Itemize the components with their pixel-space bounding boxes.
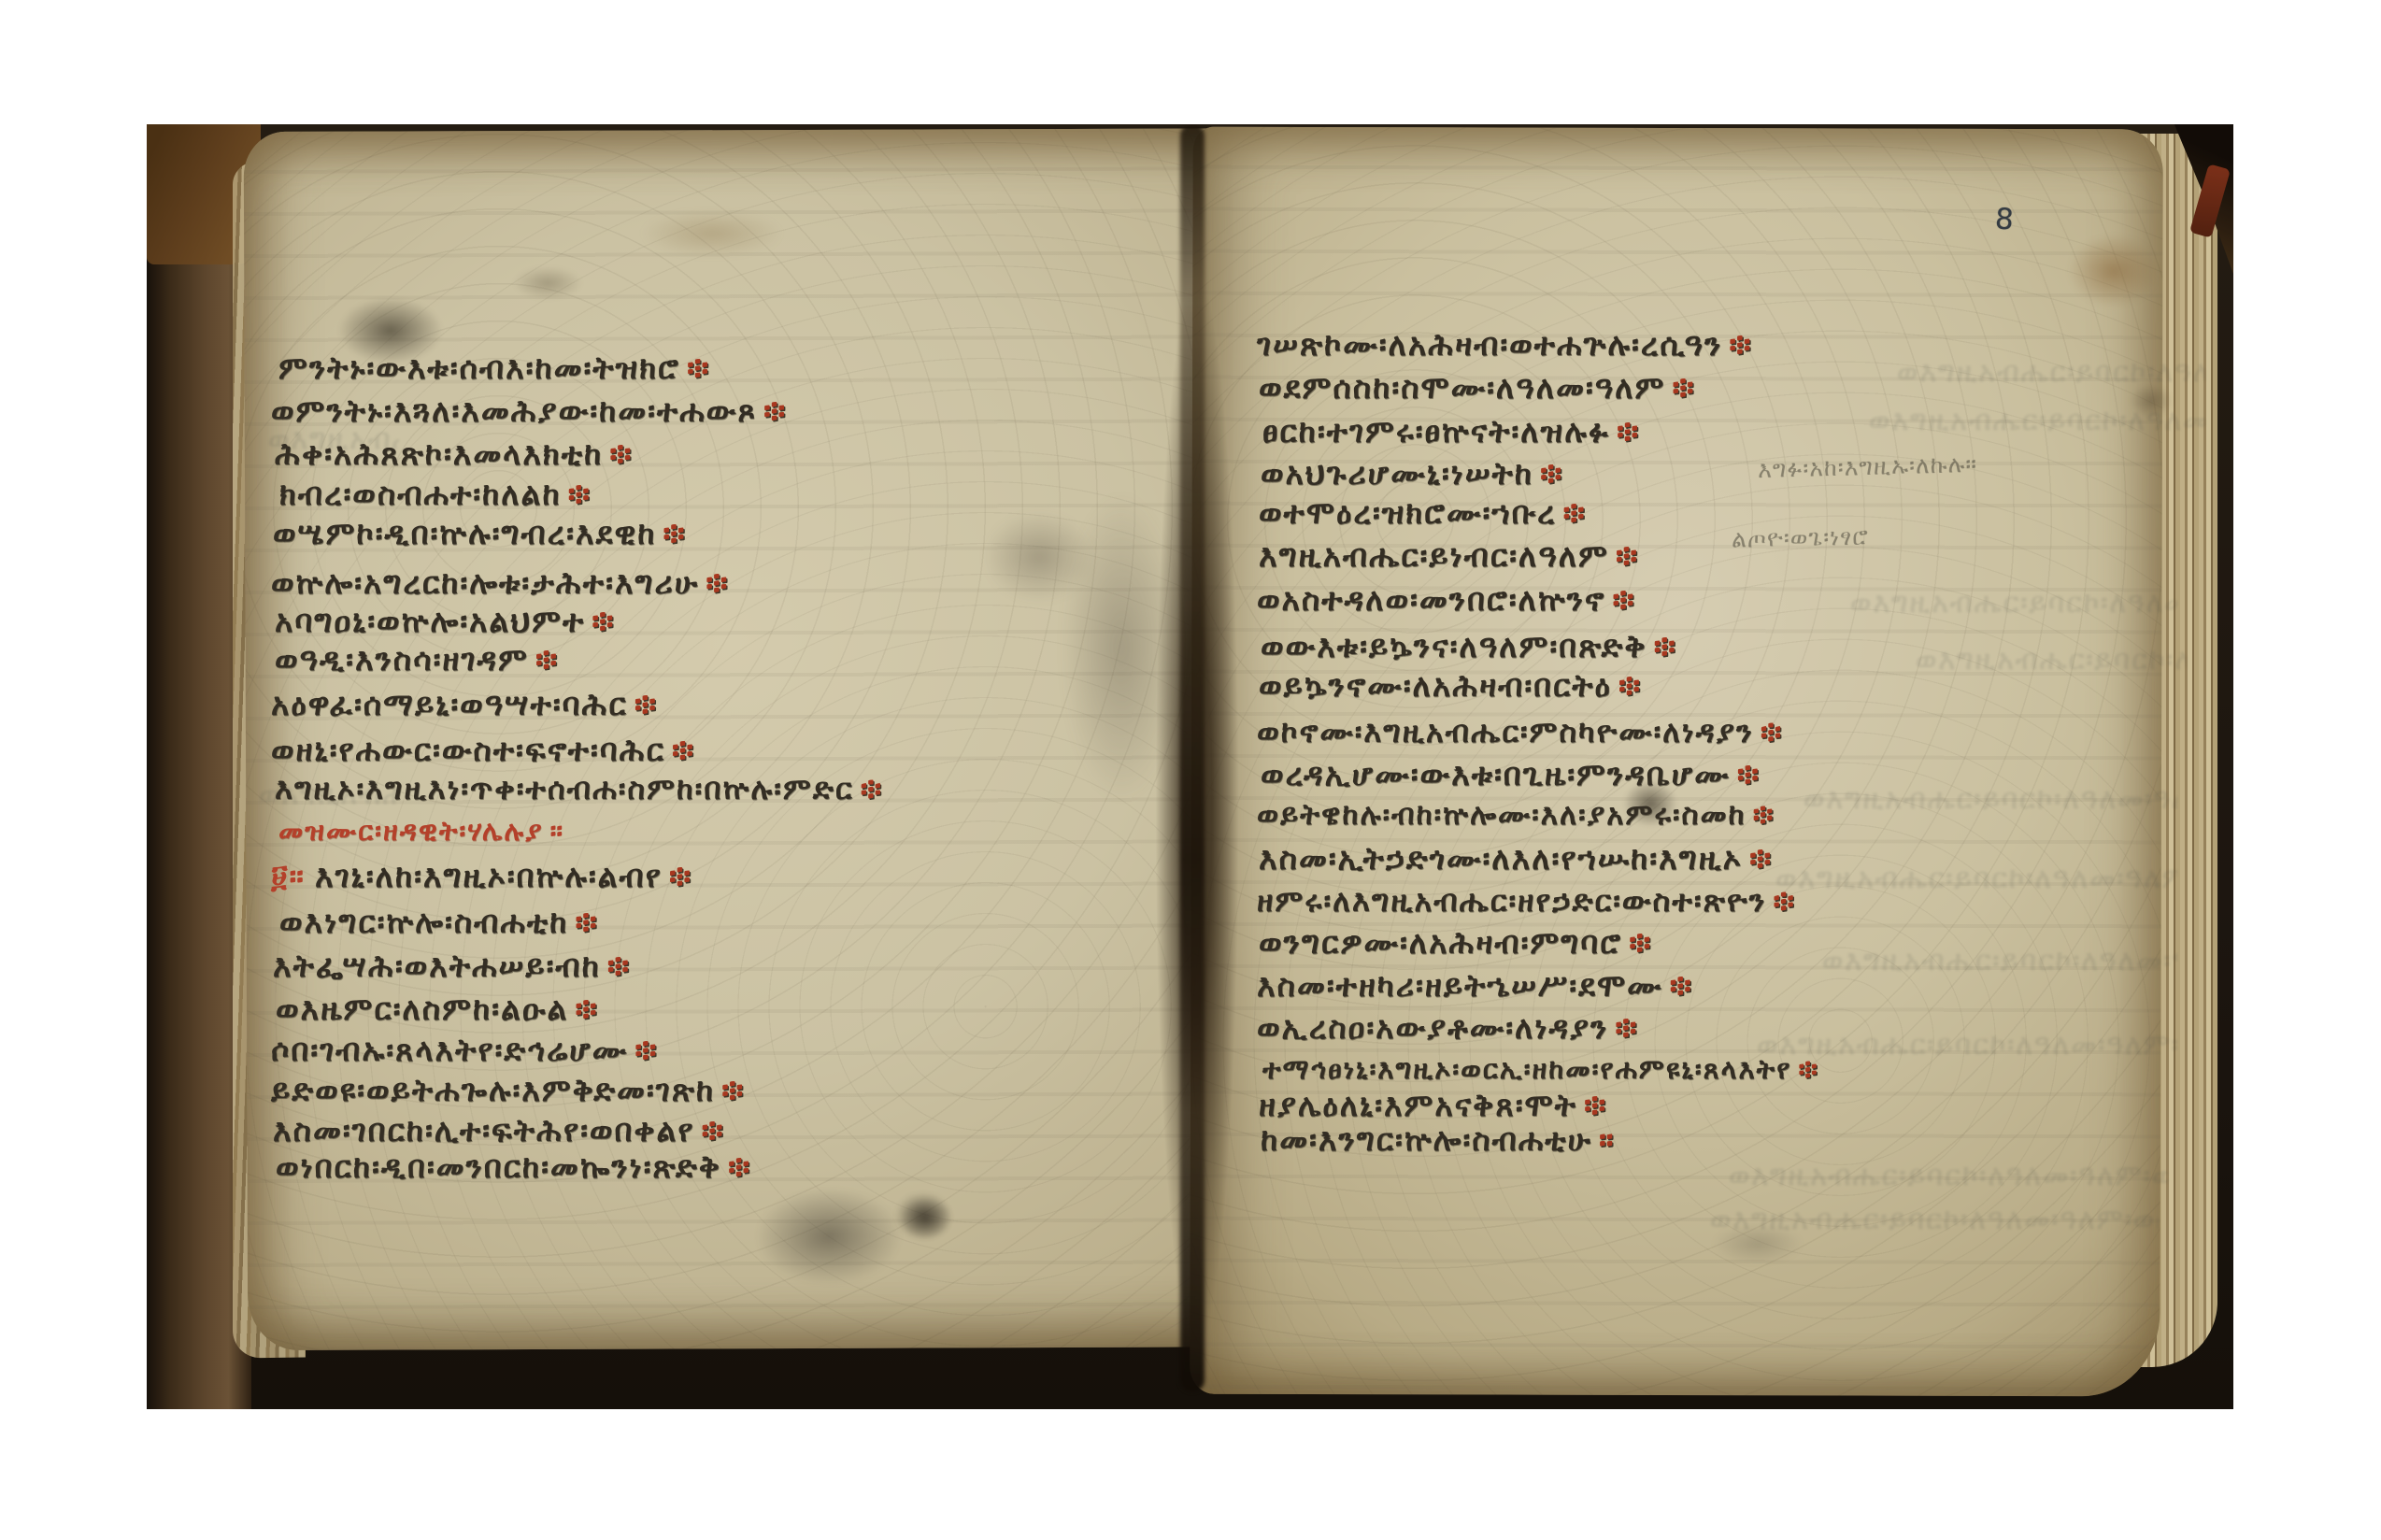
paragraph-mark: ፨ — [1665, 369, 1695, 406]
text-line: ፀርከ፡ተገምሩ፡ፀኵናት፡ለዝሉፉ፨ — [1262, 413, 1640, 450]
line-text: እስመ፡ኢትኃድጎሙ፡ለእለ፡የኀሡከ፡እግዚኦ — [1259, 840, 1743, 877]
folio-number: 8 — [1994, 202, 2015, 236]
text-line: ወኢረስዐ፡አውያቶሙ፡ለነዳያን፨ — [1257, 1009, 1638, 1047]
line-text: ወንግርዎሙ፡ለአሕዛብ፡ምግባሮ — [1259, 924, 1622, 961]
text-line: እግዚአብሔር፡ይነብር፡ለዓለም፨ — [1259, 537, 1639, 575]
scan-background: { "manuscript": { "folio_number": "8", "… — [0, 0, 2381, 1540]
faded-marginalia: እግፉ፡አከ፡እግዚኡ፡ለኩሉ። — [1758, 450, 1978, 484]
line-text: ዘያሌዕለኒ፡እምአናቅጸ፡ሞት — [1259, 1087, 1577, 1123]
paragraph-mark: ፨ — [1747, 798, 1775, 832]
line-text: ወይኴንኖሙ፡ለአሕዛብ፡በርትዕ — [1259, 667, 1612, 704]
paragraph-mark: ፨ — [1609, 537, 1639, 574]
line-text: እስመ፡ተዘካሪ፡ዘይትኄሠሥ፡ደሞሙ — [1257, 967, 1663, 1004]
line-text: ወውእቱ፡ይኴንና፡ለዓለም፡በጽድቅ — [1261, 628, 1647, 664]
line-text: ገሠጽኮሙ፡ለአሕዛብ፡ወተሐጕሉ፡ረሲዓን — [1257, 326, 1722, 363]
paragraph-mark: ። — [1592, 1121, 1615, 1158]
paragraph-mark: ፨ — [1622, 924, 1652, 961]
text-line: ዘምሩ፡ለእግዚአብሔር፡ዘየኃድር፡ውስተ፡ጽዮን፨ — [1257, 883, 1796, 920]
text-line: ወደምሰስከ፡ስሞሙ፡ለዓለመ፡ዓለም፨ — [1259, 369, 1696, 406]
paragraph-mark: ፨ — [1647, 628, 1677, 664]
text-line: ወውእቱ፡ይኴንና፡ለዓለም፡በጽድቅ፨ — [1261, 628, 1677, 665]
paragraph-mark: ፨ — [1608, 1009, 1638, 1046]
line-text: ወረዳኢሆሙ፡ውእቱ፡በጊዜ፡ምንዳቤሆሙ — [1261, 756, 1731, 792]
paragraph-mark: ፨ — [1663, 967, 1693, 1004]
line-text: ፀርከ፡ተገምሩ፡ፀኵናት፡ለዝሉፉ — [1262, 413, 1610, 449]
right-text: ገሠጽኮሙ፡ለአሕዛብ፡ወተሐጕሉ፡ረሲዓን፨ወደምሰስከ፡ስሞሙ፡ለዓለመ፡ዓ… — [147, 124, 2233, 1409]
text-line: ወአስተዳለወ፡መንበሮ፡ለኵንኖ፨ — [1257, 581, 1636, 619]
line-text: ወደምሰስከ፡ስሞሙ፡ለዓለመ፡ዓለም — [1259, 369, 1665, 406]
paragraph-mark: ፨ — [1612, 667, 1642, 704]
paragraph-mark: ፨ — [1791, 1053, 1818, 1085]
paragraph-mark: ፨ — [1533, 455, 1563, 492]
text-line: እስመ፡ኢትኃድጎሙ፡ለእለ፡የኀሡከ፡እግዚኦ፨ — [1259, 840, 1773, 877]
paragraph-mark: ፨ — [1731, 756, 1761, 792]
line-text: ወተሞዕረ፡ዝክሮሙ፡ኀቡረ — [1259, 494, 1557, 531]
text-line: ወንግርዎሙ፡ለአሕዛብ፡ምግባሮ፨ — [1259, 924, 1652, 962]
paragraph-mark: ፨ — [1577, 1087, 1607, 1123]
paragraph-mark: ፨ — [1766, 883, 1795, 919]
line-text: ተማኅፀነኒ፡እግዚኦ፡ወርኢ፡ዘከመ፡የሐምዩኒ፡ጸላእትየ — [1262, 1053, 1791, 1085]
text-line: ከመ፡እንግር፡ኵሎ፡ስብሐቲሁ። — [1261, 1121, 1615, 1159]
line-text: ወአስተዳለወ፡መንበሮ፡ለኵንኖ — [1257, 581, 1605, 618]
text-line: ወኮኖሙ፡እግዚአብሔር፡ምስካዮሙ፡ለነዳያን፨ — [1257, 714, 1783, 750]
text-line: ወተሞዕረ፡ዝክሮሙ፡ኀቡረ፨ — [1259, 494, 1587, 532]
paragraph-mark: ፨ — [1743, 840, 1773, 877]
manuscript-photo: ወእግዚአብሔር፡ይባርኮ፡ለዓለመ፡ዓለም፡ወስብሐት፡ለዕለ፡ኵሉ፡ምድር፡… — [147, 124, 2233, 1409]
line-text: ዘምሩ፡ለእግዚአብሔር፡ዘየኃድር፡ውስተ፡ጽዮን — [1257, 883, 1766, 919]
text-line: ዘያሌዕለኒ፡እምአናቅጸ፡ሞት፨ — [1259, 1087, 1607, 1124]
paragraph-mark: ፨ — [1605, 581, 1635, 618]
text-line: ወይትዌከሉ፡ብከ፡ኵሎሙ፡እለ፡ያአምሩ፡ስመከ፨ — [1257, 798, 1775, 833]
line-text: ከመ፡እንግር፡ኵሎ፡ስብሐቲሁ — [1261, 1121, 1592, 1158]
line-text: ወይትዌከሉ፡ብከ፡ኵሎሙ፡እለ፡ያአምሩ፡ስመከ — [1257, 798, 1747, 832]
paragraph-mark: ፨ — [1557, 494, 1587, 531]
paragraph-mark: ፨ — [1754, 714, 1783, 749]
text-line: ተማኅፀነኒ፡እግዚኦ፡ወርኢ፡ዘከመ፡የሐምዩኒ፡ጸላእትየ፨ — [1262, 1053, 1819, 1086]
line-text: ወአህጉሪሆሙኒ፡ነሠትከ — [1261, 455, 1533, 492]
line-text: እግዚአብሔር፡ይነብር፡ለዓለም — [1259, 537, 1609, 574]
text-line: እስመ፡ተዘካሪ፡ዘይትኄሠሥ፡ደሞሙ፨ — [1257, 967, 1693, 1005]
faded-marginalia: ልጦዮ፡ወጌ፡ነፃሮ — [1732, 523, 1869, 554]
line-text: ወኢረስዐ፡አውያቶሙ፡ለነዳያን — [1257, 1009, 1608, 1046]
paragraph-mark: ፨ — [1722, 326, 1752, 363]
text-line: ገሠጽኮሙ፡ለአሕዛብ፡ወተሐጕሉ፡ረሲዓን፨ — [1257, 326, 1752, 364]
text-line: ወአህጉሪሆሙኒ፡ነሠትከ፨ — [1261, 455, 1563, 492]
paragraph-mark: ፨ — [1610, 413, 1640, 449]
text-line: ወረዳኢሆሙ፡ውእቱ፡በጊዜ፡ምንዳቤሆሙ፨ — [1261, 756, 1761, 793]
text-line: ወይኴንኖሙ፡ለአሕዛብ፡በርትዕ፨ — [1259, 667, 1642, 705]
line-text: ወኮኖሙ፡እግዚአብሔር፡ምስካዮሙ፡ለነዳያን — [1257, 714, 1754, 749]
